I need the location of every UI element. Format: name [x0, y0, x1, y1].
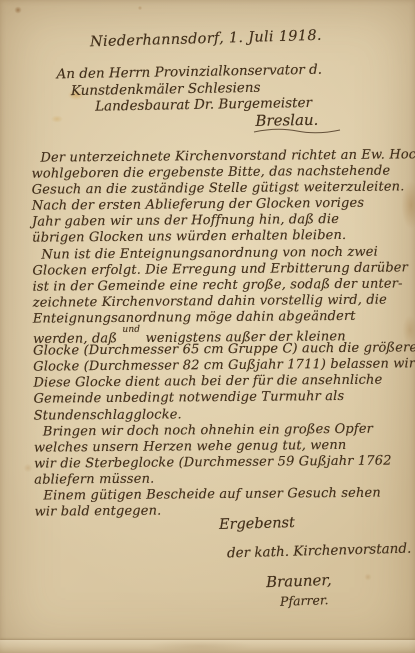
body-line: Einem gütigen Bescheide auf unser Gesuch… — [34, 485, 410, 504]
sender-line: der kath. Kirchenvorstand. — [227, 541, 412, 562]
signature: Brauner, — [266, 571, 332, 591]
letter-body: Der unterzeichnete Kirchenvorstand richt… — [31, 147, 410, 520]
signer-title: Pfarrer. — [280, 592, 329, 609]
flourish-underline — [252, 126, 342, 136]
body-line: Enteignungsanordnung möge dahin abgeände… — [33, 308, 409, 327]
valediction: Ergebenst — [219, 515, 295, 533]
inserted-word: und — [122, 325, 140, 335]
address-block: An den Herrn Provinzialkonservator d. Ku… — [56, 62, 323, 133]
paper: Niederhannsdorf, 1. Juli 1918. An den He… — [0, 0, 415, 653]
body-line: wir die Sterbeglocke (Durchmesser 59 Guß… — [34, 453, 410, 472]
date-line: Niederhannsdorf, 1. Juli 1918. — [90, 28, 322, 50]
paper-fold-edge — [0, 640, 415, 653]
body-line: Bringen wir doch noch ohnehin ein großes… — [34, 421, 410, 440]
